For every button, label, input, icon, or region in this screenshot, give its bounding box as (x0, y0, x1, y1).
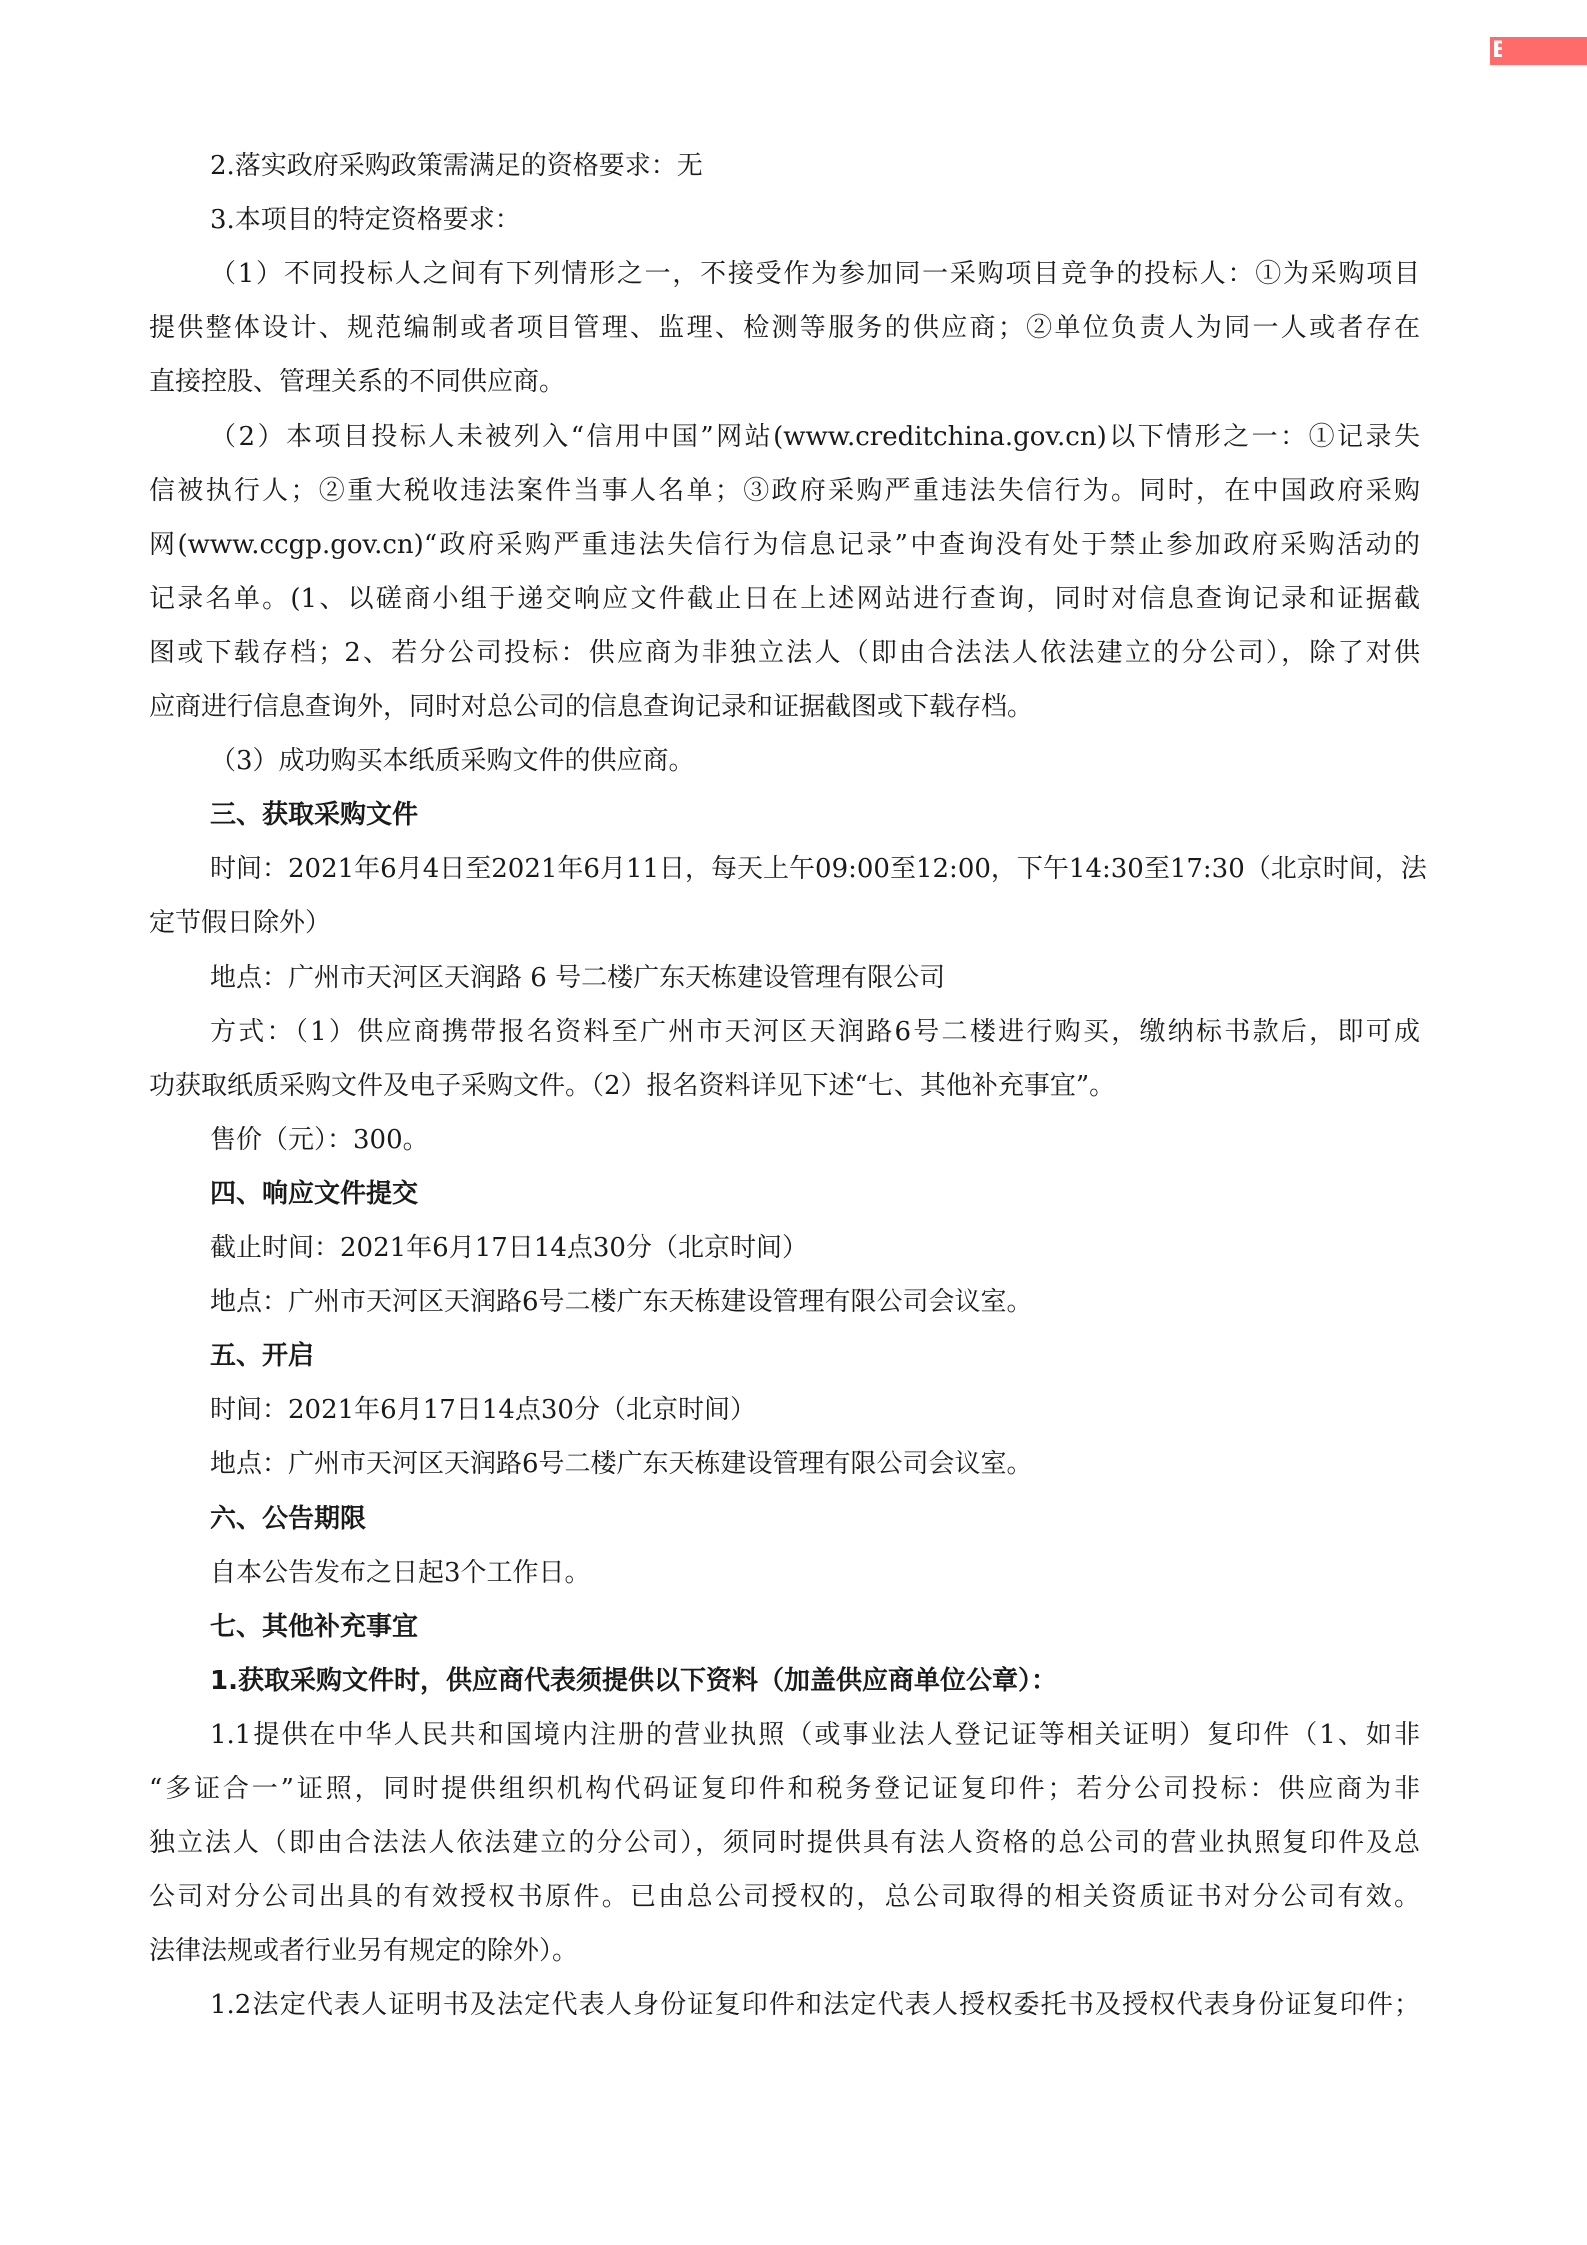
text-line: 直接控股、管理关系的不同供应商。 (149, 355, 1420, 409)
section-heading: 六、公告期限 (210, 1492, 1420, 1546)
section-heading: 七、其他补充事宜 (210, 1600, 1420, 1654)
text-line: 截止时间：2021年6月17日14点30分（北京时间） (210, 1221, 1420, 1275)
text-line: 提供整体设计、规范编制或者项目管理、监理、检测等服务的供应商；②单位负责人为同一… (149, 301, 1420, 355)
text-line: 2.落实政府采购政策需满足的资格要求：无 (210, 139, 1420, 193)
text-line: 网(www.ccgp.gov.cn)“政府采购严重违法失信行为信息记录”中查询没… (149, 518, 1420, 572)
section-heading: 1.获取采购文件时，供应商代表须提供以下资料（加盖供应商单位公章）： (210, 1654, 1420, 1708)
text-line: 1.1提供在中华人民共和国境内注册的营业执照（或事业法人登记证等相关证明）复印件… (210, 1708, 1420, 1762)
badge-icon: B (1492, 39, 1502, 63)
text-line: “多证合一”证照，同时提供组织机构代码证复印件和税务登记证复印件；若分公司投标：… (149, 1762, 1420, 1816)
section-heading: 四、响应文件提交 (210, 1167, 1420, 1221)
text-line: 记录名单。(1、以磋商小组于递交响应文件截止日在上述网站进行查询，同时对信息查询… (149, 572, 1420, 626)
text-line: 地点：广州市天河区天润路6号二楼广东天栋建设管理有限公司会议室。 (210, 1437, 1420, 1491)
section-heading: 五、开启 (210, 1329, 1420, 1383)
section-heading: 三、获取采购文件 (210, 788, 1420, 842)
text-line: 售价（元）：300。 (210, 1113, 1420, 1167)
corner-badge: B (1490, 37, 1587, 65)
text-line: 地点：广州市天河区天润路6号二楼广东天栋建设管理有限公司会议室。 (210, 1275, 1420, 1329)
text-line: （2）本项目投标人未被列入“信用中国”网站(www.creditchina.go… (210, 410, 1420, 464)
text-line: 1.2法定代表人证明书及法定代表人身份证复印件和法定代表人授权委托书及授权代表身… (210, 1978, 1420, 2032)
text-line: （3）成功购买本纸质采购文件的供应商。 (210, 734, 1420, 788)
text-line: 自本公告发布之日起3个工作日。 (210, 1546, 1420, 1600)
text-line: 地点：广州市天河区天润路 6 号二楼广东天栋建设管理有限公司 (210, 951, 1420, 1005)
text-line: 法律法规或者行业另有规定的除外）。 (149, 1924, 1420, 1978)
text-line: 独立法人（即由合法法人依法建立的分公司），须同时提供具有法人资格的总公司的营业执… (149, 1816, 1420, 1870)
text-line: 功获取纸质采购文件及电子采购文件。（2）报名资料详见下述“七、其他补充事宜”。 (149, 1059, 1420, 1113)
text-line: 时间：2021年6月17日14点30分（北京时间） (210, 1383, 1420, 1437)
text-line: 信被执行人；②重大税收违法案件当事人名单；③政府采购严重违法失信行为。同时，在中… (149, 464, 1420, 518)
text-line: （1）不同投标人之间有下列情形之一，不接受作为参加同一采购项目竞争的投标人：①为… (210, 247, 1420, 301)
text-line: 图或下载存档；2、若分公司投标：供应商为非独立法人（即由合法法人依法建立的分公司… (149, 626, 1420, 680)
text-line: 应商进行信息查询外，同时对总公司的信息查询记录和证据截图或下载存档。 (149, 680, 1420, 734)
text-line: 定节假日除外） (149, 896, 1420, 950)
text-line: 时间：2021年6月4日至2021年6月11日，每天上午09:00至12:00，… (210, 842, 1420, 896)
text-line: 公司对分公司出具的有效授权书原件。已由总公司授权的，总公司取得的相关资质证书对分… (149, 1870, 1420, 1924)
text-line: 方式：（1）供应商携带报名资料至广州市天河区天润路6号二楼进行购买，缴纳标书款后… (210, 1005, 1420, 1059)
text-line: 3.本项目的特定资格要求： (210, 193, 1420, 247)
